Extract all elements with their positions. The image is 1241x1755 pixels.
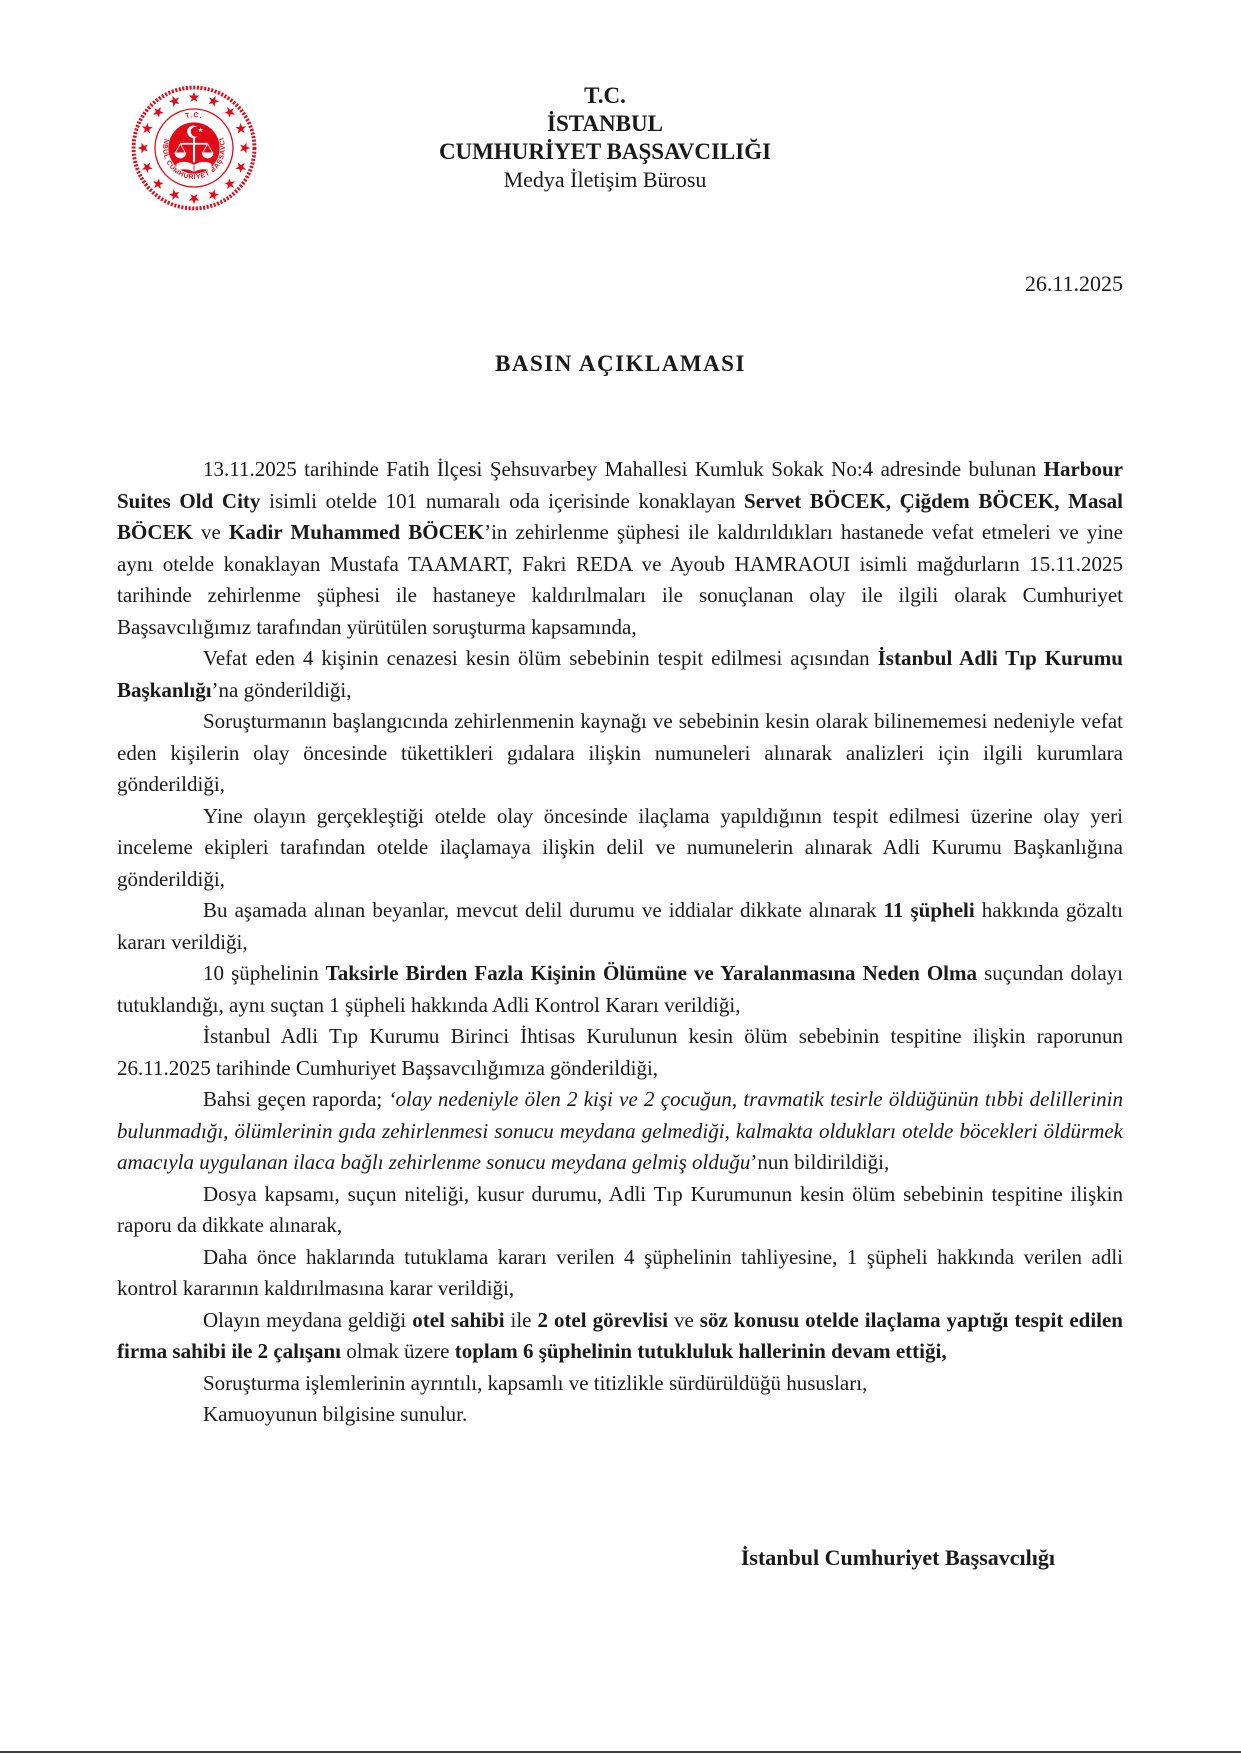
paragraph: Daha önce haklarında tutuklama kararı ve… xyxy=(117,1242,1123,1305)
paragraph: Dosya kapsamı, suçun niteliği, kusur dur… xyxy=(117,1179,1123,1242)
letterhead-office: CUMHURİYET BAŞSAVCILIĞI xyxy=(0,138,1210,166)
paragraph: Kamuoyunun bilgisine sunulur. xyxy=(117,1399,1123,1431)
signature-text: İstanbul Cumhuriyet Başsavcılığı xyxy=(741,1545,1055,1571)
press-release-document: T.C. İSTANBUL CUMHURİYET BAŞSAVCILIĞI xyxy=(0,0,1241,1755)
signature-block: İstanbul Cumhuriyet Başsavcılığı xyxy=(117,1545,1123,1571)
paragraph: Bahsi geçen raporda; ‘olay nedeniyle öle… xyxy=(117,1084,1123,1179)
paragraph: Bu aşamada alınan beyanlar, mevcut delil… xyxy=(117,895,1123,958)
letterhead: T.C. İSTANBUL CUMHURİYET BAŞSAVCILIĞI Me… xyxy=(0,82,1210,194)
paragraph: Soruşturmanın başlangıcında zehirlenmeni… xyxy=(117,706,1123,801)
paragraph: 13.11.2025 tarihinde Fatih İlçesi Şehsuv… xyxy=(117,454,1123,643)
paragraph: İstanbul Adli Tıp Kurumu Birinci İhtisas… xyxy=(117,1021,1123,1084)
letterhead-city: İSTANBUL xyxy=(0,110,1210,138)
letterhead-tc: T.C. xyxy=(0,82,1210,110)
paragraph: Yine olayın gerçekleştiği otelde olay ön… xyxy=(117,801,1123,896)
document-body: 13.11.2025 tarihinde Fatih İlçesi Şehsuv… xyxy=(117,454,1123,1431)
document-title: BASIN AÇIKLAMASI xyxy=(0,351,1241,377)
paragraph: Vefat eden 4 kişinin cenazesi kesin ölüm… xyxy=(117,643,1123,706)
document-date: 26.11.2025 xyxy=(117,271,1123,297)
letterhead-bureau: Medya İletişim Bürosu xyxy=(0,166,1210,194)
paragraph: 10 şüphelinin Taksirle Birden Fazla Kişi… xyxy=(117,958,1123,1021)
page-bottom-edge xyxy=(0,1751,1241,1753)
paragraph: Soruşturma işlemlerinin ayrıntılı, kapsa… xyxy=(117,1368,1123,1400)
paragraph: Olayın meydana geldiği otel sahibi ile 2… xyxy=(117,1305,1123,1368)
